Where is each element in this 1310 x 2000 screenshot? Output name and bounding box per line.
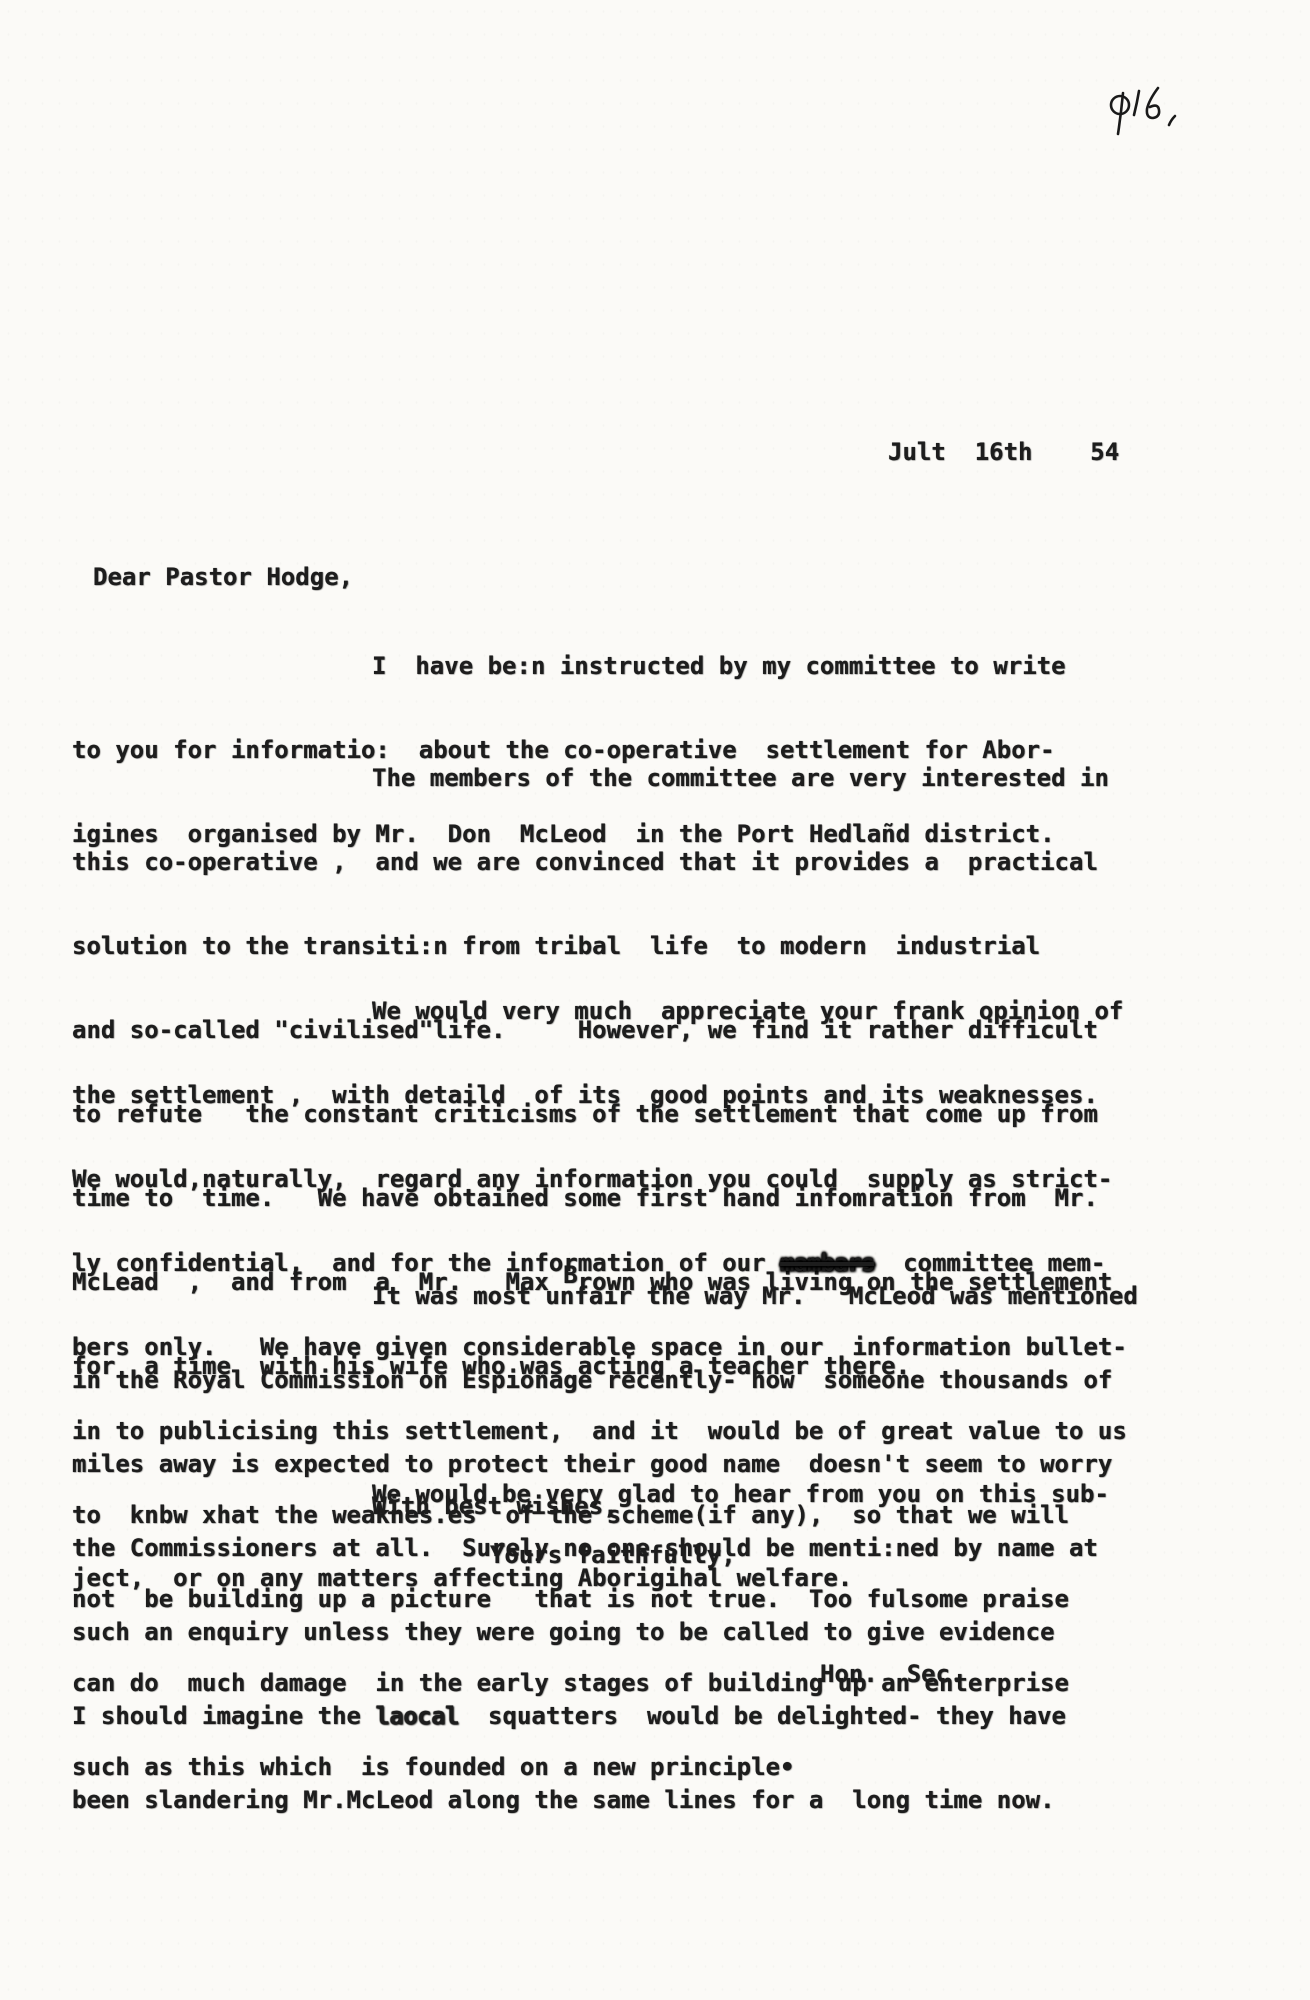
signature-block: Hon. Sec. bbox=[820, 1660, 965, 1688]
date-line: Jult 16th 54 bbox=[888, 438, 1119, 466]
letter-line: the settlement , with detaild of its goo… bbox=[72, 1081, 1127, 1109]
letter-line: It was most unfair the way Mr. McLeod wa… bbox=[72, 1282, 1138, 1310]
salutation: Dear Pastor Hodge, bbox=[93, 563, 353, 591]
line-fragment: I should imagine the bbox=[72, 1702, 375, 1730]
closing-wishes: With best wishes, bbox=[372, 1492, 618, 1520]
letter-line: I should imagine the laocal squatters wo… bbox=[72, 1702, 1138, 1730]
letter-page: Jult 16th 54 Dear Pastor Hodge, I have b… bbox=[0, 0, 1310, 2000]
letter-line: been slandering Mr.McLeod along the same… bbox=[72, 1786, 1138, 1814]
letter-line: in the Royal Commission on Espionage rec… bbox=[72, 1366, 1138, 1394]
letter-line: We would,naturally, regard any informati… bbox=[72, 1165, 1127, 1193]
valediction: Yours faithfully, bbox=[490, 1541, 736, 1569]
line-fragment: squatters would be delighted- they have bbox=[459, 1702, 1066, 1730]
letter-line: I have be:n instructed by my committee t… bbox=[72, 652, 1066, 680]
overtyped-word: laocal bbox=[375, 1702, 459, 1730]
letter-line: We would very much appreciate your frank… bbox=[72, 997, 1127, 1025]
handwritten-p16-icon bbox=[1105, 82, 1191, 144]
letter-line: The members of the committee are very in… bbox=[72, 764, 1112, 792]
paragraph-5: We would be very glad to hear from you o… bbox=[72, 1424, 1109, 1648]
letter-line: this co-operative , and we are convinced… bbox=[72, 848, 1112, 876]
handwritten-annotation bbox=[1105, 82, 1191, 144]
